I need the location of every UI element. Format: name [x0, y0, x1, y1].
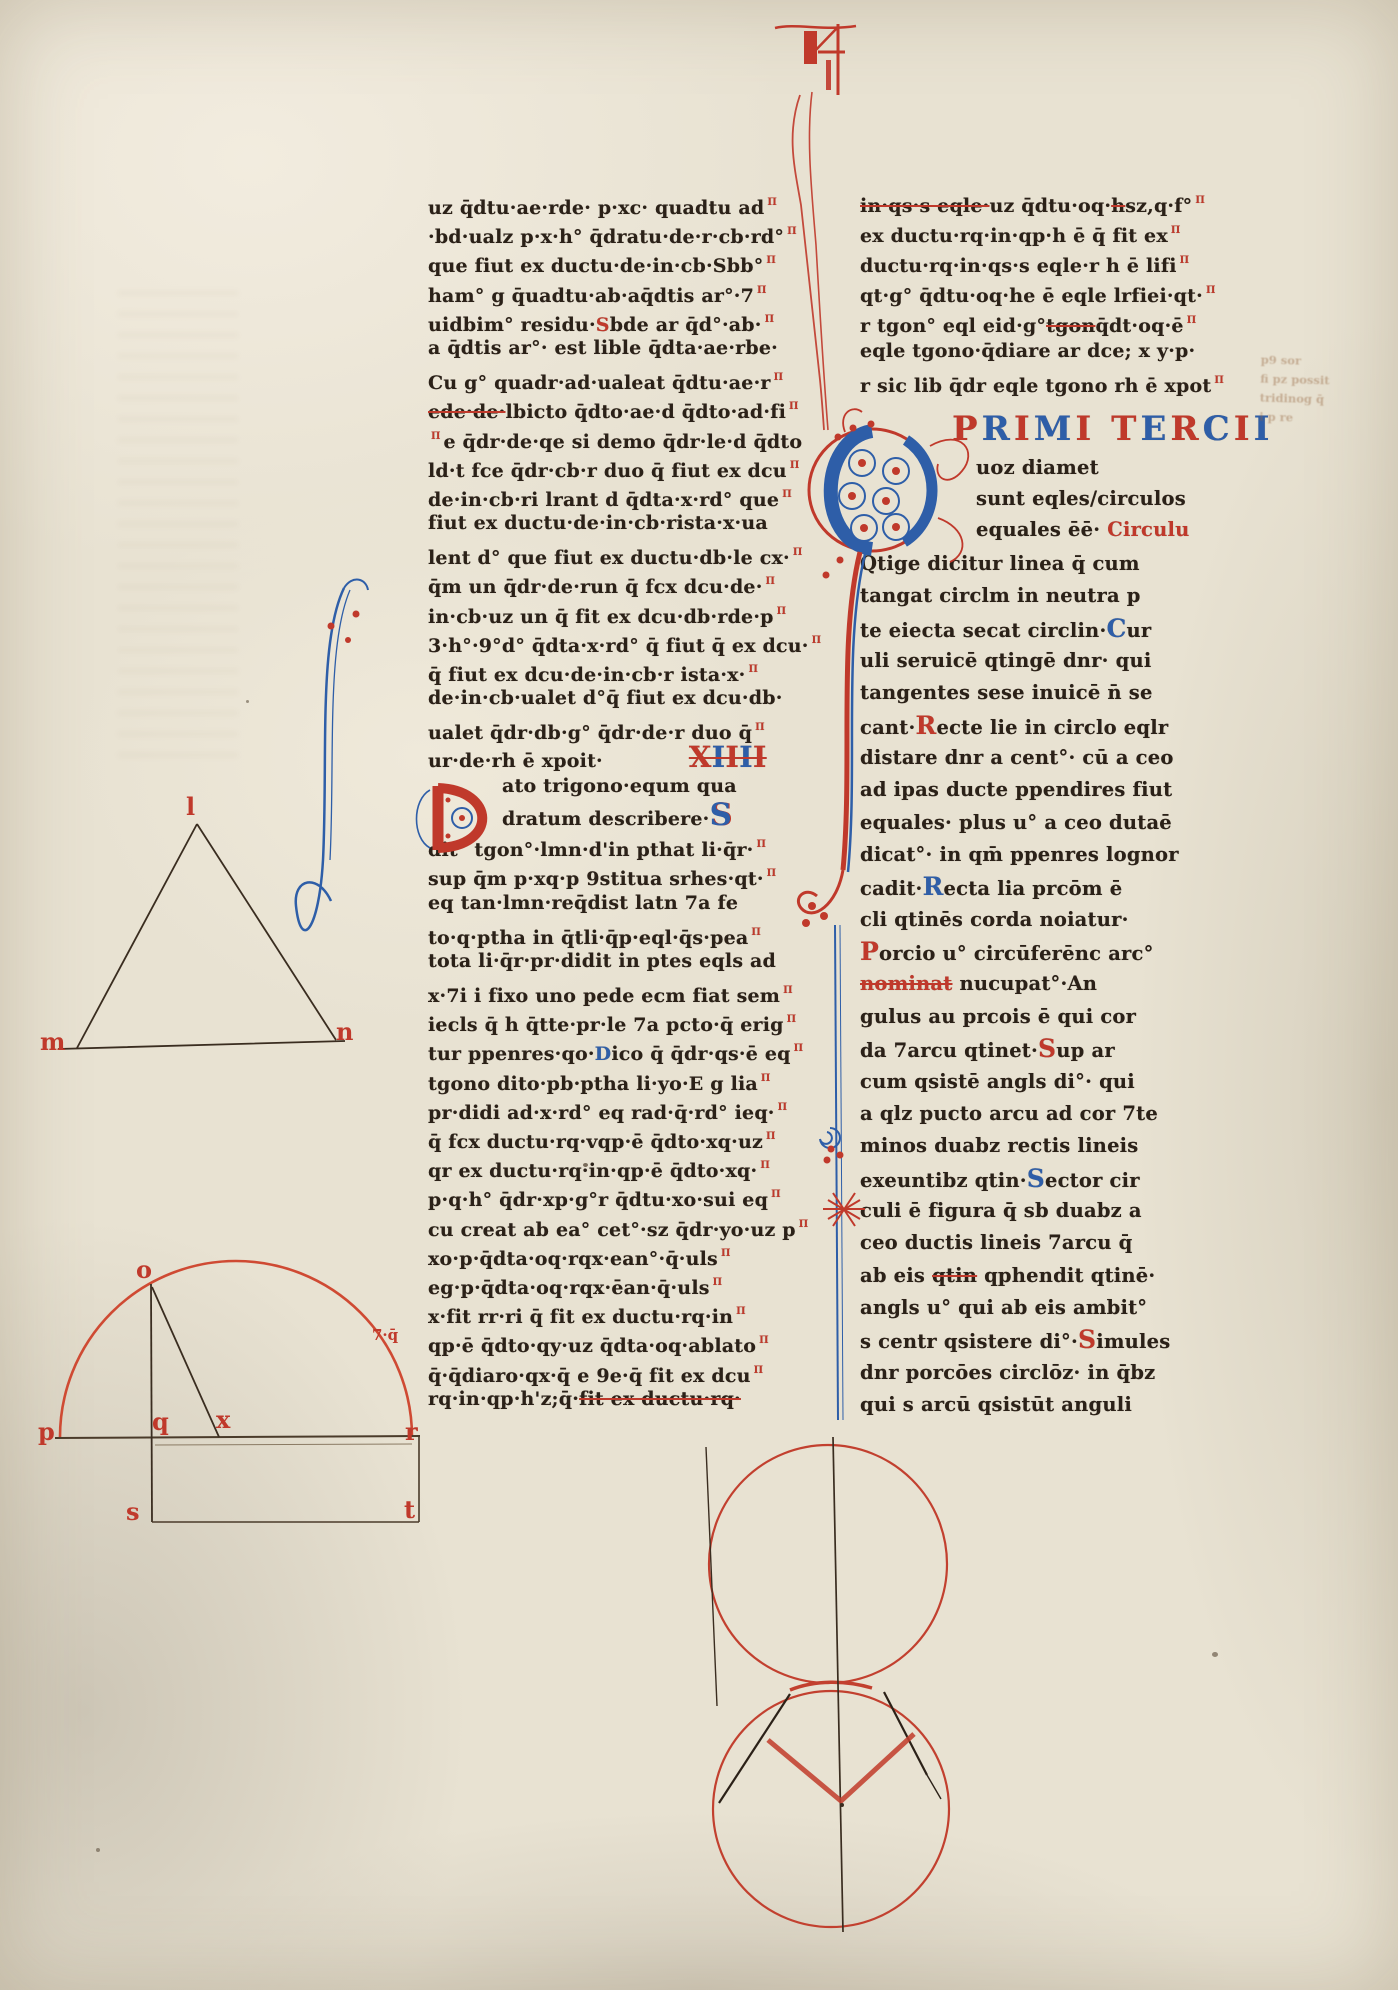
semicircle-label-p: p	[38, 1417, 55, 1446]
gutter-red-flourish	[793, 92, 828, 430]
semicircle-label-t: t	[404, 1495, 415, 1524]
semicircle-label-q: q	[152, 1407, 169, 1436]
quire-signature-mark	[775, 24, 856, 95]
semicircle-note: 7·q̄	[372, 1326, 399, 1344]
red-asterisk-ornament	[823, 1193, 865, 1226]
semicircle-label-s: s	[126, 1497, 140, 1526]
semicircle-diagram: o p q x r s t 7·q̄	[38, 1255, 420, 1526]
semicircle-label-x: x	[216, 1405, 231, 1434]
semicircle-label-o: o	[136, 1255, 152, 1284]
triangle-label-apex: l	[186, 792, 195, 821]
initial-tail-flourish	[798, 552, 865, 1420]
pen-artwork-layer: l m n o p q x r s t 7·q̄	[0, 0, 1398, 1990]
triangle-label-right: n	[336, 1017, 353, 1046]
tangent-circles-diagram	[706, 1437, 949, 1932]
triangle-diagram: l m n	[40, 792, 353, 1056]
ornate-initial-letter	[809, 409, 968, 578]
margin-blue-flourish	[296, 580, 368, 931]
semicircle-label-r: r	[405, 1417, 418, 1446]
triangle-label-left: m	[40, 1027, 65, 1056]
initial-d	[417, 786, 483, 850]
manuscript-page: uz q̄dtu·ae·rde· p·xc· quadtu adΠ·bd·ual…	[0, 0, 1398, 1990]
